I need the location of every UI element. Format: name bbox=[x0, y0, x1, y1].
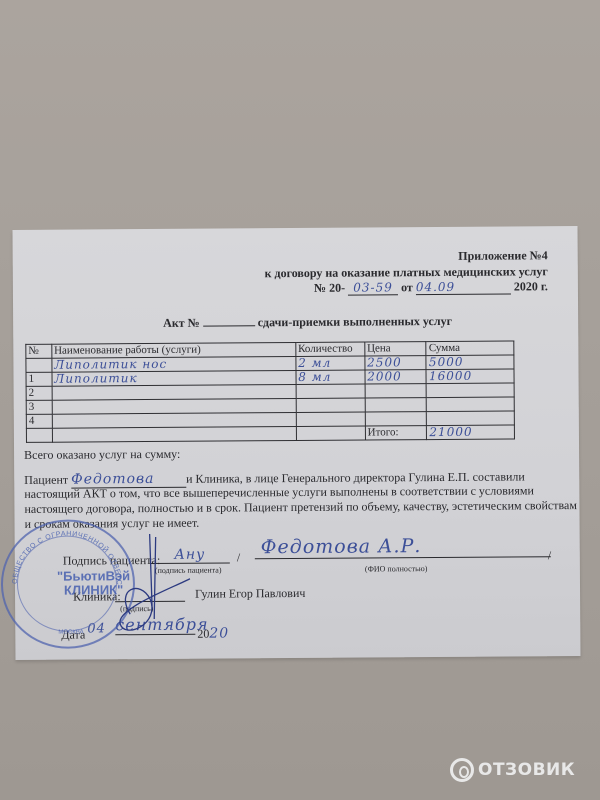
body-line-3: настоящего договора, полностью и в срок.… bbox=[24, 498, 577, 517]
otzovik-watermark: ОТЗОВИК bbox=[450, 758, 575, 782]
row-qty bbox=[296, 412, 365, 426]
row-sum: 16000 bbox=[426, 369, 514, 384]
row-sum bbox=[427, 383, 515, 398]
row-no bbox=[26, 358, 52, 372]
row-price bbox=[365, 398, 427, 412]
contract-year: 2020 г. bbox=[514, 279, 548, 293]
date-year: 2020 bbox=[197, 625, 229, 641]
contract-number-line: № 20- 03-59 от 04.09 2020 г. bbox=[314, 279, 548, 296]
row-sum: 5000 bbox=[426, 355, 514, 370]
row-qty: 8 мл bbox=[296, 370, 365, 384]
total-label: Итого: bbox=[365, 426, 427, 440]
clinic-signature-scribble bbox=[110, 529, 201, 650]
contract-number-value: 03-59 bbox=[348, 280, 398, 295]
header-qty: Количество bbox=[296, 342, 365, 356]
total-value: 21000 bbox=[427, 425, 515, 440]
fio-slash-left: / bbox=[237, 550, 240, 565]
clinic-director: Гулин Егор Павлович bbox=[195, 586, 305, 602]
total-sentence: Всего оказано услуг на сумму: bbox=[24, 447, 180, 463]
patient-fio-caption: (ФИО полностью) bbox=[365, 564, 428, 573]
row-price bbox=[365, 412, 427, 426]
row-price: 2500 bbox=[365, 356, 427, 370]
contract-number-prefix: № 20- bbox=[314, 281, 345, 295]
act-title-suffix: сдачи-приемки выполненных услуг bbox=[258, 314, 452, 329]
row-no: 3 bbox=[26, 400, 52, 414]
row-sum bbox=[427, 411, 515, 426]
act-document: Приложение №4 к договору на оказание пла… bbox=[13, 226, 581, 660]
fio-slash-right: / bbox=[548, 548, 551, 563]
act-title: Акт № сдачи-приемки выполненных услуг bbox=[163, 314, 452, 331]
row-sum bbox=[427, 397, 515, 412]
row-qty: 2 мл bbox=[296, 356, 365, 370]
row-no: 2 bbox=[26, 386, 52, 400]
appendix-label: Приложение №4 bbox=[458, 248, 548, 264]
row-no: 4 bbox=[26, 414, 52, 428]
row-qty bbox=[296, 384, 365, 398]
contract-date-label: от bbox=[401, 280, 413, 294]
row-price bbox=[365, 384, 427, 398]
row-price: 2000 bbox=[365, 370, 427, 384]
row-no: 1 bbox=[26, 372, 52, 386]
header-no: № bbox=[26, 344, 52, 358]
contract-date-value: 04.09 bbox=[416, 280, 511, 296]
table-total-row: Итого: 21000 bbox=[26, 425, 514, 442]
date-year-suffix: 20 bbox=[209, 625, 229, 641]
act-title-prefix: Акт № bbox=[163, 316, 200, 330]
row-qty bbox=[296, 398, 365, 412]
watermark-brand: ОТЗОВИК bbox=[478, 760, 575, 780]
patient-label: Пациент bbox=[24, 473, 68, 487]
header-price: Цена bbox=[364, 342, 426, 356]
patient-fio: Федотова А.Р. bbox=[255, 534, 551, 559]
header-sum: Сумма bbox=[426, 341, 514, 356]
services-table: № Наименование работы (услуги) Количеств… bbox=[25, 340, 515, 442]
otzovik-logo-icon bbox=[450, 758, 474, 782]
